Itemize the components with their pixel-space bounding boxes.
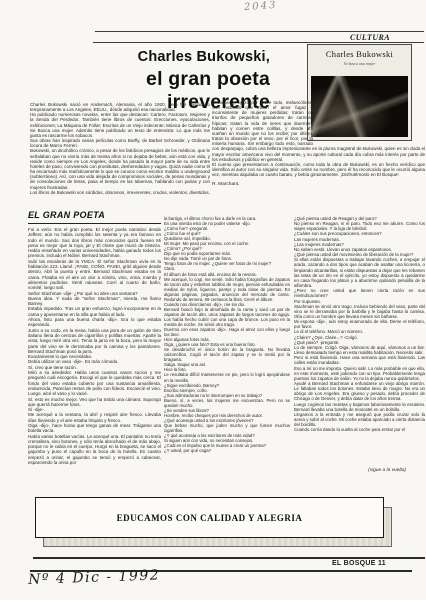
ad-slogan: EDUCAMOS CON CALIDAD Y ALEGRIA [117, 513, 303, 523]
story-heading: EL GRAN POETA [28, 210, 161, 224]
footer-rule-top [33, 557, 425, 559]
publication-footer: EL BOSQUE 11 [296, 560, 386, 567]
book-cover-title: Se busca una mujer [308, 61, 411, 66]
masthead-rule-bottom [93, 42, 424, 43]
ad-box: EDUCAMOS CON CALIDAD Y ALEGRIA [35, 497, 384, 538]
story-column-2: la barriga, el último chorro fue a darle… [164, 216, 290, 472]
handwritten-page-number: 2043 [244, 0, 278, 13]
section-label: CULTURA [280, 33, 390, 42]
story-column-1: Fui a verlo. Era el gran poeta. El mejor… [28, 227, 161, 478]
intro-left-column: Charles Bukowski nació en Andernach, Ale… [30, 102, 210, 195]
book-cover-author: Charles Bukowski [308, 49, 411, 59]
handwritten-issue-date: Nº 4 Dic - 1992 [28, 567, 160, 588]
intro-right-column: absurdos y, quizá por sobre todo, melanc… [212, 100, 425, 188]
cover-text-wrap-spacer [313, 100, 425, 143]
masthead-rule-top [95, 31, 424, 32]
story-column-3: ¿Qué piensa usted de Reagan y del paro? … [294, 216, 425, 464]
continuation-note: (sigue a la vuelta) [300, 468, 406, 473]
scanned-magazine-page: { "colors": { "ink": "#242424", "cover_p… [0, 0, 426, 600]
article-title-line1: Charles Bukowski, [38, 49, 270, 65]
byline: R. Marchant. [212, 182, 425, 187]
